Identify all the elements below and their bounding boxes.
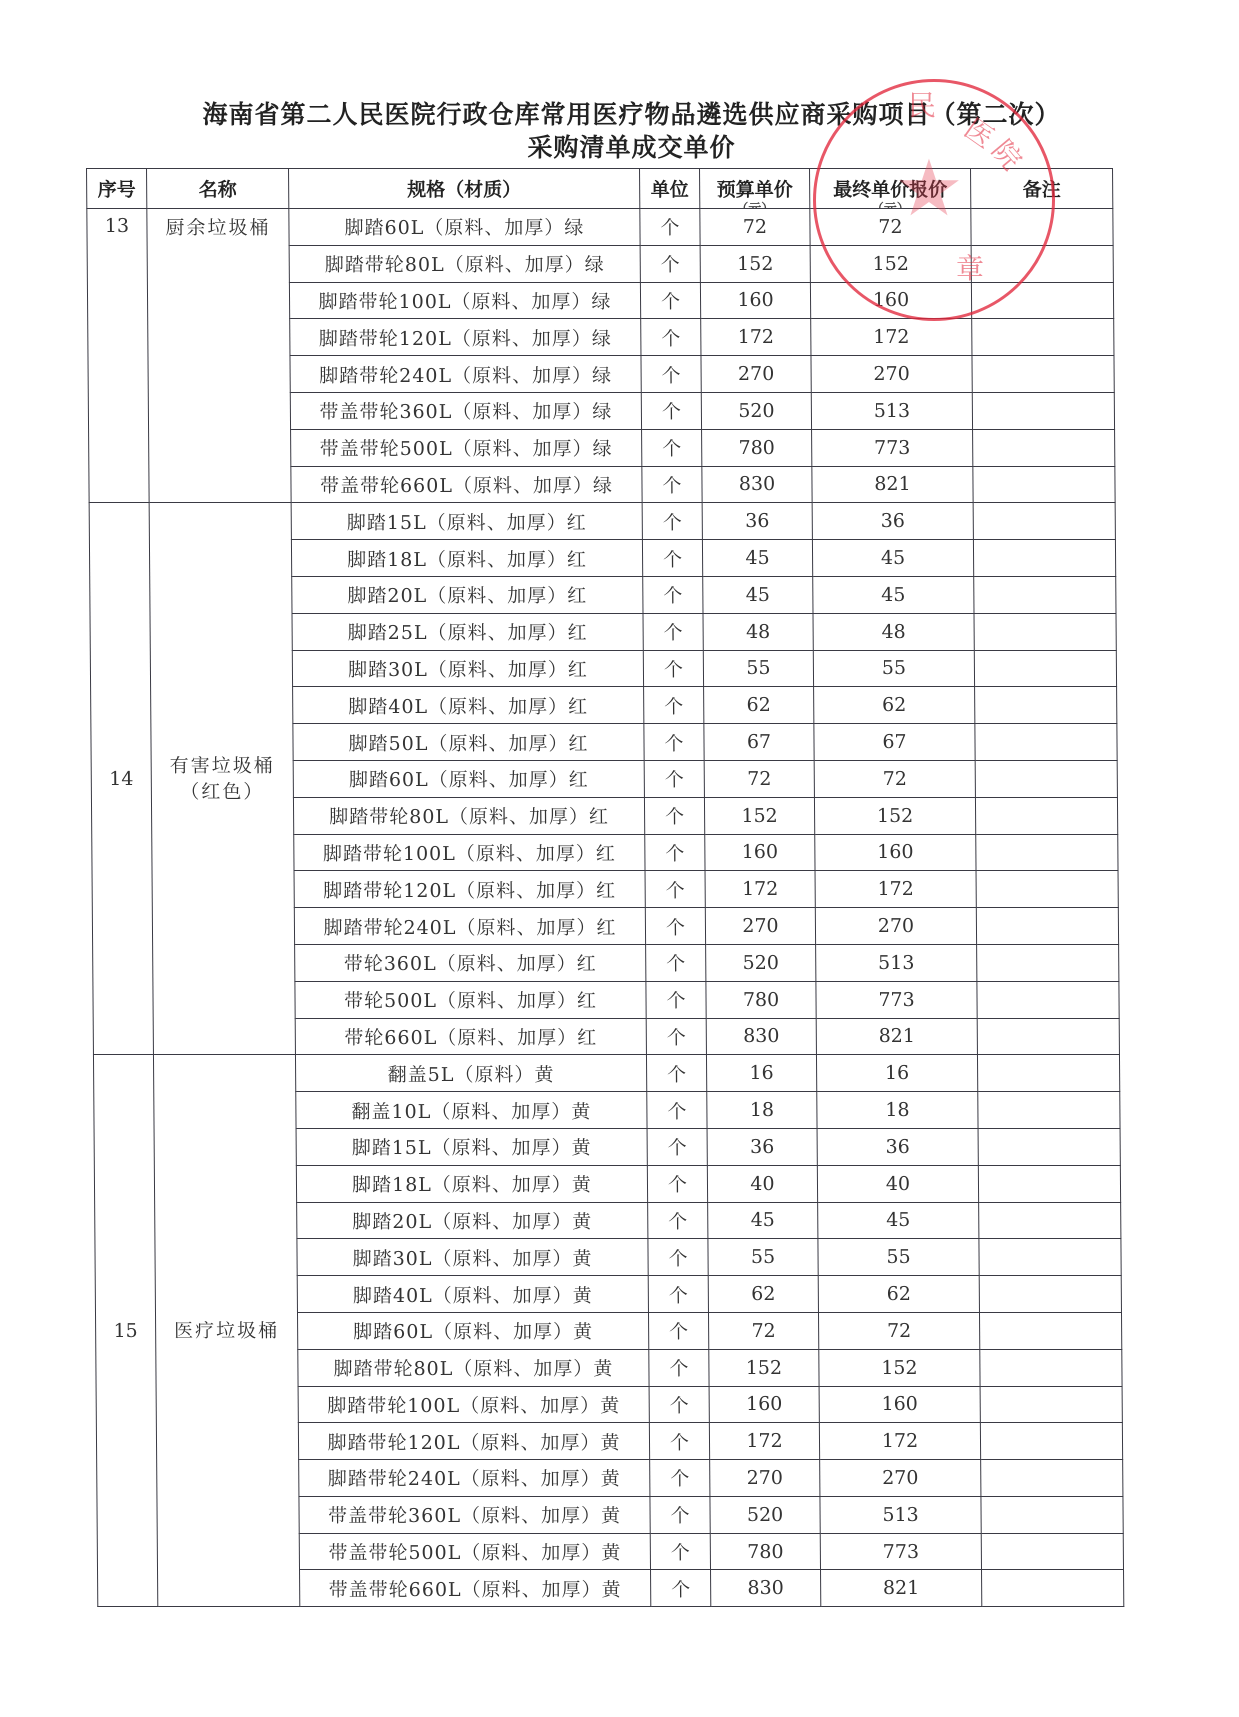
cell-remark: [973, 466, 1115, 503]
cell-spec: 带盖带轮500L（原料、加厚）黄: [299, 1533, 650, 1570]
cell-remark: [973, 540, 1115, 577]
cell-budget-price: 780: [702, 429, 812, 466]
cell-final-price: 513: [811, 392, 972, 429]
header-final-price-unit: （元）: [810, 198, 970, 209]
cell-unit: 个: [650, 1460, 710, 1497]
cell-final-price: 62: [814, 687, 975, 724]
cell-budget-price: 152: [704, 797, 814, 834]
cell-remark: [976, 871, 1118, 908]
cell-budget-price: 55: [703, 650, 813, 687]
cell-final-price: 18: [817, 1092, 978, 1129]
cell-unit: 个: [648, 1239, 708, 1276]
cell-remark: [978, 1128, 1120, 1165]
cell-budget-price: 152: [709, 1349, 819, 1386]
cell-final-price: 152: [810, 245, 971, 282]
cell-unit: 个: [650, 1496, 710, 1533]
cell-remark: [977, 1018, 1119, 1055]
table-row: 15医疗垃圾桶翻盖5L（原料）黄个1616: [93, 1055, 1119, 1092]
header-final-price: 最终单价报价 （元）: [810, 169, 971, 209]
cell-final-price: 152: [819, 1349, 980, 1386]
cell-remark: [982, 1570, 1124, 1607]
row-name: 有害垃圾桶（红色）: [149, 503, 295, 1055]
cell-budget-price: 520: [706, 944, 816, 981]
cell-budget-price: 18: [707, 1092, 817, 1129]
cell-unit: 个: [646, 981, 706, 1018]
cell-unit: 个: [641, 319, 701, 356]
cell-budget-price: 160: [700, 282, 810, 319]
cell-unit: 个: [642, 466, 702, 503]
cell-remark: [981, 1460, 1123, 1497]
cell-spec: 带盖带轮660L（原料、加厚）黄: [300, 1570, 651, 1607]
header-unit: 单位: [640, 169, 700, 209]
price-table: 序号 名称 规格（材质） 单位 预算单价 （元） 最终单价报价 （元） 备注 1…: [86, 168, 1124, 1607]
cell-budget-price: 62: [708, 1276, 818, 1313]
cell-remark: [971, 282, 1113, 319]
cell-remark: [972, 319, 1114, 356]
header-name: 名称: [147, 169, 289, 209]
cell-unit: 个: [643, 576, 703, 613]
cell-budget-price: 780: [710, 1533, 820, 1570]
cell-remark: [975, 797, 1117, 834]
cell-unit: 个: [640, 209, 700, 246]
cell-remark: [971, 245, 1113, 282]
cell-unit: 个: [641, 392, 701, 429]
cell-unit: 个: [651, 1570, 711, 1607]
cell-spec: 脚踏带轮120L（原料、加厚）黄: [298, 1423, 649, 1460]
cell-unit: 个: [644, 760, 704, 797]
row-seq: 13: [87, 209, 149, 503]
cell-spec: 带轮500L（原料、加厚）红: [295, 981, 646, 1018]
cell-unit: 个: [644, 724, 704, 761]
cell-budget-price: 45: [708, 1202, 818, 1239]
document-subtitle: 采购清单成交单价: [12, 128, 1239, 164]
cell-budget-price: 36: [707, 1128, 817, 1165]
cell-final-price: 513: [816, 944, 977, 981]
cell-budget-price: 520: [710, 1496, 820, 1533]
cell-budget-price: 270: [701, 356, 811, 393]
cell-spec: 脚踏60L（原料、加厚）黄: [297, 1312, 648, 1349]
cell-remark: [975, 760, 1117, 797]
cell-spec: 脚踏25L（原料、加厚）红: [292, 613, 643, 650]
cell-unit: 个: [645, 834, 705, 871]
cell-remark: [973, 503, 1115, 540]
cell-spec: 带盖带轮360L（原料、加厚）绿: [290, 392, 641, 429]
cell-remark: [974, 650, 1116, 687]
cell-remark: [977, 944, 1119, 981]
cell-spec: 脚踏15L（原料、加厚）红: [291, 503, 642, 540]
cell-budget-price: 830: [706, 1018, 816, 1055]
cell-final-price: 55: [818, 1239, 979, 1276]
cell-budget-price: 172: [701, 319, 811, 356]
cell-spec: 脚踏20L（原料、加厚）红: [292, 576, 643, 613]
cell-budget-price: 72: [704, 760, 814, 797]
cell-remark: [976, 908, 1118, 945]
cell-final-price: 160: [810, 282, 971, 319]
cell-budget-price: 40: [707, 1165, 817, 1202]
cell-spec: 脚踏带轮80L（原料、加厚）红: [293, 797, 644, 834]
document-title: 海南省第二人民医院行政仓库常用医疗物品遴选供应商采购项目（第二次）: [12, 95, 1239, 131]
cell-unit: 个: [640, 245, 700, 282]
row-seq: 14: [89, 503, 153, 1055]
cell-final-price: 72: [814, 760, 975, 797]
cell-spec: 脚踏60L（原料、加厚）绿: [289, 209, 640, 246]
row-name: 医疗垃圾桶: [153, 1055, 299, 1607]
cell-final-price: 513: [820, 1496, 981, 1533]
cell-final-price: 48: [813, 613, 974, 650]
cell-unit: 个: [644, 797, 704, 834]
cell-spec: 带轮660L（原料、加厚）红: [295, 1018, 646, 1055]
cell-spec: 脚踏带轮80L（原料、加厚）绿: [289, 245, 640, 282]
row-seq: 15: [93, 1055, 157, 1607]
cell-final-price: 773: [816, 981, 977, 1018]
cell-final-price: 55: [813, 650, 974, 687]
cell-budget-price: 270: [710, 1460, 820, 1497]
cell-unit: 个: [645, 871, 705, 908]
cell-remark: [977, 981, 1119, 1018]
cell-final-price: 152: [814, 797, 975, 834]
cell-spec: 带轮360L（原料、加厚）红: [295, 944, 646, 981]
cell-spec: 脚踏40L（原料、加厚）红: [293, 687, 644, 724]
cell-remark: [974, 576, 1116, 613]
cell-spec: 脚踏带轮240L（原料、加厚）黄: [299, 1460, 650, 1497]
cell-unit: 个: [642, 429, 702, 466]
cell-budget-price: 62: [704, 687, 814, 724]
cell-unit: 个: [648, 1312, 708, 1349]
cell-budget-price: 45: [702, 540, 812, 577]
cell-budget-price: 270: [705, 908, 815, 945]
cell-remark: [971, 209, 1113, 246]
cell-final-price: 821: [821, 1570, 982, 1607]
cell-spec: 脚踏50L（原料、加厚）红: [293, 724, 644, 761]
cell-unit: 个: [646, 1055, 706, 1092]
cell-spec: 脚踏带轮120L（原料、加厚）绿: [290, 319, 641, 356]
cell-budget-price: 67: [704, 724, 814, 761]
cell-final-price: 270: [815, 908, 976, 945]
cell-final-price: 45: [812, 540, 973, 577]
cell-unit: 个: [647, 1128, 707, 1165]
cell-spec: 带盖带轮660L（原料、加厚）绿: [291, 466, 642, 503]
cell-budget-price: 160: [705, 834, 815, 871]
cell-final-price: 773: [820, 1533, 981, 1570]
cell-remark: [972, 356, 1114, 393]
cell-remark: [977, 1055, 1119, 1092]
cell-spec: 脚踏15L（原料、加厚）黄: [296, 1128, 647, 1165]
cell-unit: 个: [642, 503, 702, 540]
cell-unit: 个: [642, 540, 702, 577]
cell-final-price: 72: [818, 1312, 979, 1349]
cell-remark: [975, 687, 1117, 724]
cell-unit: 个: [643, 650, 703, 687]
cell-remark: [972, 392, 1114, 429]
cell-final-price: 45: [813, 576, 974, 613]
cell-budget-price: 160: [709, 1386, 819, 1423]
cell-spec: 脚踏18L（原料、加厚）黄: [296, 1165, 647, 1202]
cell-budget-price: 520: [701, 392, 811, 429]
cell-unit: 个: [649, 1349, 709, 1386]
cell-spec: 脚踏20L（原料、加厚）黄: [297, 1202, 648, 1239]
cell-remark: [979, 1239, 1121, 1276]
cell-spec: 脚踏30L（原料、加厚）红: [292, 650, 643, 687]
cell-budget-price: 72: [708, 1312, 818, 1349]
cell-unit: 个: [644, 687, 704, 724]
cell-spec: 脚踏18L（原料、加厚）红: [291, 540, 642, 577]
cell-spec: 脚踏带轮120L（原料、加厚）红: [294, 871, 645, 908]
header-spec: 规格（材质）: [289, 169, 640, 209]
cell-budget-price: 780: [706, 981, 816, 1018]
cell-unit: 个: [648, 1276, 708, 1313]
table-body: 13厨余垃圾桶脚踏60L（原料、加厚）绿个7272脚踏带轮80L（原料、加厚）绿…: [87, 209, 1124, 1607]
cell-remark: [974, 613, 1116, 650]
cell-spec: 脚踏带轮100L（原料、加厚）黄: [298, 1386, 649, 1423]
cell-unit: 个: [646, 944, 706, 981]
cell-final-price: 36: [817, 1128, 978, 1165]
cell-final-price: 270: [811, 356, 972, 393]
cell-spec: 脚踏带轮100L（原料、加厚）绿: [289, 282, 640, 319]
cell-remark: [975, 724, 1117, 761]
cell-final-price: 172: [811, 319, 972, 356]
cell-spec: 脚踏30L（原料、加厚）黄: [297, 1239, 648, 1276]
cell-remark: [973, 429, 1115, 466]
cell-unit: 个: [646, 1018, 706, 1055]
cell-spec: 脚踏带轮240L（原料、加厚）红: [294, 908, 645, 945]
table-row: 13厨余垃圾桶脚踏60L（原料、加厚）绿个7272: [87, 209, 1113, 246]
cell-spec: 翻盖5L（原料）黄: [295, 1055, 646, 1092]
table-header-row: 序号 名称 规格（材质） 单位 预算单价 （元） 最终单价报价 （元） 备注: [87, 169, 1113, 209]
cell-remark: [979, 1276, 1121, 1313]
cell-final-price: 72: [810, 209, 971, 246]
cell-remark: [978, 1165, 1120, 1202]
cell-remark: [979, 1202, 1121, 1239]
header-seq: 序号: [87, 169, 147, 209]
cell-budget-price: 48: [703, 613, 813, 650]
cell-remark: [978, 1092, 1120, 1129]
cell-budget-price: 45: [703, 576, 813, 613]
table-row: 14有害垃圾桶（红色）脚踏15L（原料、加厚）红个3636: [89, 503, 1115, 540]
cell-budget-price: 172: [709, 1423, 819, 1460]
cell-budget-price: 36: [702, 503, 812, 540]
cell-unit: 个: [649, 1423, 709, 1460]
cell-remark: [981, 1496, 1123, 1533]
cell-final-price: 160: [819, 1386, 980, 1423]
cell-unit: 个: [647, 1165, 707, 1202]
cell-final-price: 270: [820, 1460, 981, 1497]
row-name: 厨余垃圾桶: [147, 209, 291, 503]
cell-remark: [981, 1533, 1123, 1570]
cell-final-price: 821: [816, 1018, 977, 1055]
cell-final-price: 160: [815, 834, 976, 871]
cell-spec: 脚踏40L（原料、加厚）黄: [297, 1276, 648, 1313]
cell-final-price: 821: [812, 466, 973, 503]
row-name-line1: 有害垃圾桶: [152, 753, 293, 779]
cell-final-price: 172: [819, 1423, 980, 1460]
cell-budget-price: 72: [700, 209, 810, 246]
cell-unit: 个: [643, 613, 703, 650]
cell-final-price: 773: [812, 429, 973, 466]
cell-budget-price: 830: [702, 466, 812, 503]
cell-spec: 脚踏60L（原料、加厚）红: [293, 760, 644, 797]
cell-final-price: 36: [812, 503, 973, 540]
cell-budget-price: 55: [708, 1239, 818, 1276]
row-name-line2: （红色）: [152, 779, 293, 805]
cell-final-price: 45: [818, 1202, 979, 1239]
cell-unit: 个: [648, 1202, 708, 1239]
cell-remark: [980, 1423, 1122, 1460]
cell-unit: 个: [649, 1386, 709, 1423]
cell-remark: [980, 1386, 1122, 1423]
cell-final-price: 62: [818, 1276, 979, 1313]
cell-budget-price: 172: [705, 871, 815, 908]
cell-budget-price: 16: [706, 1055, 816, 1092]
cell-remark: [979, 1312, 1121, 1349]
cell-final-price: 16: [816, 1055, 977, 1092]
cell-unit: 个: [640, 282, 700, 319]
cell-unit: 个: [650, 1533, 710, 1570]
cell-budget-price: 830: [711, 1570, 821, 1607]
cell-spec: 带盖带轮360L（原料、加厚）黄: [299, 1496, 650, 1533]
cell-unit: 个: [647, 1092, 707, 1129]
cell-spec: 脚踏带轮240L（原料、加厚）绿: [290, 356, 641, 393]
cell-budget-price: 152: [700, 245, 810, 282]
cell-spec: 带盖带轮500L（原料、加厚）绿: [291, 429, 642, 466]
cell-final-price: 67: [814, 724, 975, 761]
cell-spec: 脚踏带轮80L（原料、加厚）黄: [298, 1349, 649, 1386]
cell-remark: [976, 834, 1118, 871]
header-remark: 备注: [971, 169, 1113, 209]
cell-spec: 脚踏带轮100L（原料、加厚）红: [294, 834, 645, 871]
cell-unit: 个: [645, 908, 705, 945]
header-budget-price-unit: （元）: [700, 198, 809, 209]
cell-final-price: 172: [815, 871, 976, 908]
header-budget-price: 预算单价 （元）: [700, 169, 810, 209]
cell-remark: [980, 1349, 1122, 1386]
cell-spec: 翻盖10L（原料、加厚）黄: [296, 1092, 647, 1129]
cell-unit: 个: [641, 356, 701, 393]
cell-final-price: 40: [817, 1165, 978, 1202]
